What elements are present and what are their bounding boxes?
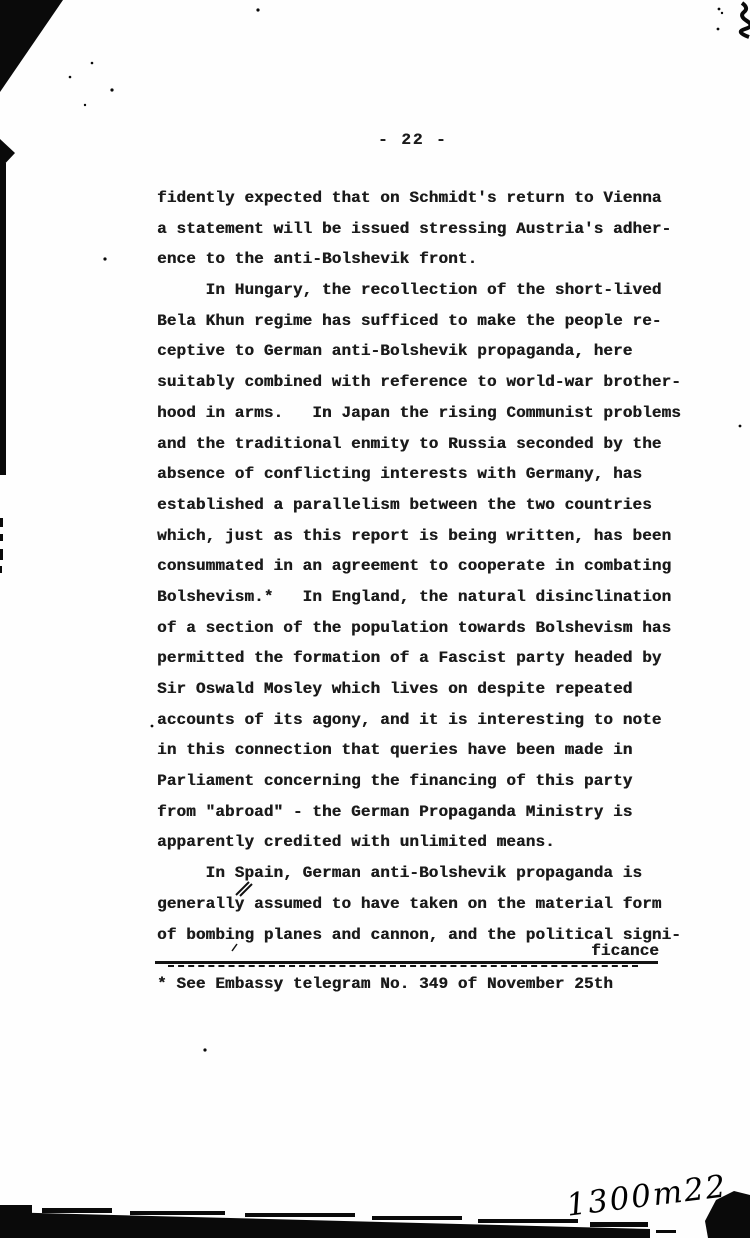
text-line: consummated in an agreement to cooperate… <box>157 551 697 582</box>
left-edge-dash-artifact <box>0 566 2 573</box>
speck-artifact <box>256 8 259 11</box>
handwritten-annotation: 1300m22 <box>564 1168 729 1223</box>
speck-artifact <box>91 62 94 65</box>
bottom-band-ragged-artifact <box>478 1219 578 1223</box>
text-line: Sir Oswald Mosley which lives on despite… <box>157 674 697 705</box>
text-line: from "abroad" - the German Propaganda Mi… <box>157 797 697 828</box>
text-line: in this connection that queries have bee… <box>157 735 697 766</box>
text-line: accounts of its agony, and it is interes… <box>157 705 697 736</box>
left-edge-wedge-artifact <box>0 139 15 169</box>
corner-fold-artifact <box>0 0 63 92</box>
text-line: In Hungary, the recollection of the shor… <box>157 275 697 306</box>
text-line: established a parallelism between the tw… <box>157 490 697 521</box>
speck-artifact <box>721 12 723 14</box>
speck-artifact <box>717 28 720 31</box>
bottom-band-ragged-artifact <box>245 1213 355 1217</box>
page-number: - 22 - <box>378 131 448 149</box>
text-line: and the traditional enmity to Russia sec… <box>157 429 697 460</box>
footnote-rule <box>155 961 658 964</box>
bottom-band-ragged-artifact <box>656 1230 676 1233</box>
catchword: ficance <box>157 941 659 961</box>
document-body: fidently expected that on Schmidt's retu… <box>157 183 697 950</box>
left-edge-dash-artifact <box>0 518 3 527</box>
speck-artifact <box>739 425 742 428</box>
text-line: which, just as this report is being writ… <box>157 521 697 552</box>
speck-artifact <box>84 104 86 106</box>
bottom-band-ragged-artifact <box>590 1222 648 1227</box>
speck-artifact <box>203 1048 206 1051</box>
speck-artifact <box>151 725 154 728</box>
text-line: generally assumed to have taken on the m… <box>157 889 697 920</box>
bottom-edge-band-artifact <box>0 1212 650 1238</box>
footnote: * See Embassy telegram No. 349 of Novemb… <box>157 974 613 994</box>
bottom-band-ragged-artifact <box>42 1208 112 1213</box>
document-page: - 22 - fidently expected that on Schmidt… <box>0 0 750 1238</box>
text-line: suitably combined with reference to worl… <box>157 367 697 398</box>
bottom-band-ragged-artifact <box>0 1205 32 1213</box>
text-line: In Spain, German anti-Bolshevik propagan… <box>157 858 697 889</box>
text-line: apparently credited with unlimited means… <box>157 827 697 858</box>
speck-artifact <box>718 8 721 11</box>
speck-artifact <box>69 76 72 79</box>
speck-artifact <box>103 257 106 260</box>
speck-artifact <box>110 88 113 91</box>
text-line: of a section of the population towards B… <box>157 613 697 644</box>
text-line: ceptive to German anti-Bolshevik propaga… <box>157 336 697 367</box>
text-line: permitted the formation of a Fascist par… <box>157 643 697 674</box>
bottom-band-ragged-artifact <box>130 1211 225 1215</box>
left-edge-dash-artifact <box>0 534 3 541</box>
text-line: Bolshevism.* In England, the natural dis… <box>157 582 697 613</box>
text-line: fidently expected that on Schmidt's retu… <box>157 183 697 214</box>
text-line: Bela Khun regime has sufficed to make th… <box>157 306 697 337</box>
left-edge-strip-artifact <box>0 163 6 475</box>
text-line: hood in arms. In Japan the rising Commun… <box>157 398 697 429</box>
text-line: Parliament concerning the financing of t… <box>157 766 697 797</box>
footnote-rule-shadow <box>168 965 638 967</box>
left-edge-dash-artifact <box>0 549 3 560</box>
text-line: ence to the anti-Bolshevik front. <box>157 244 697 275</box>
bottom-band-ragged-artifact <box>372 1216 462 1220</box>
text-line: absence of conflicting interests with Ge… <box>157 459 697 490</box>
text-line: a statement will be issued stressing Aus… <box>157 214 697 245</box>
top-right-squiggle-artifact <box>741 3 750 37</box>
